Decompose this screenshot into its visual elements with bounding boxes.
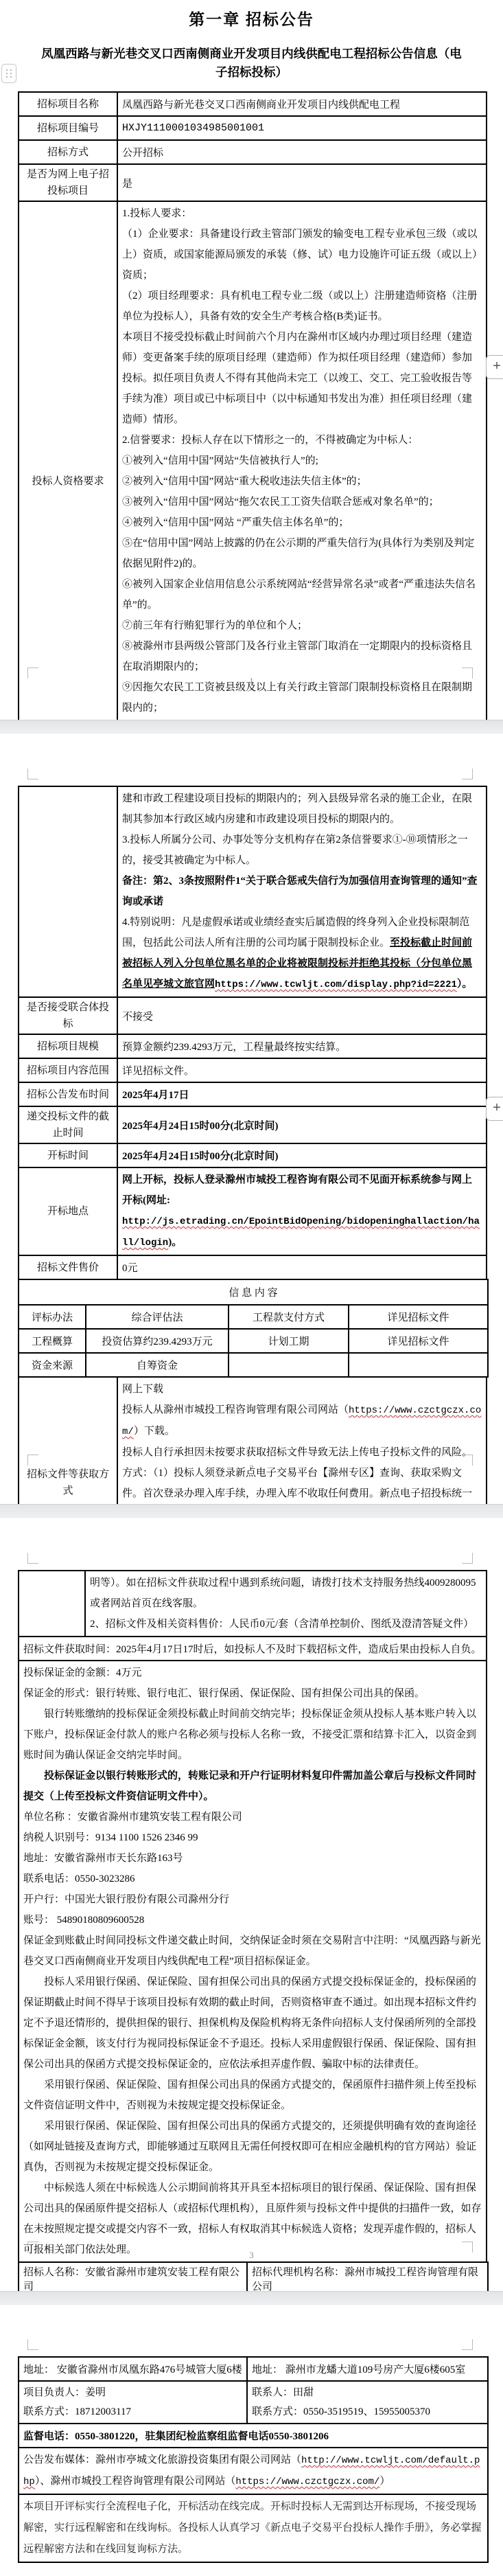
text-line: 账号： 54890180809600528 [23, 1910, 482, 1930]
obtain-cont-lines: 明等）。如在招标文件获取过程中遇到系统问题，请拨打技术支持服务热线4009280… [90, 1573, 482, 1634]
table-row: 开标时间 2025年4月24日15时00分(北京时间) [19, 1143, 487, 1167]
table-row: 是否接受联合体投标 不接受 [19, 997, 487, 1034]
names-row: 招标人名称：安徽省滁州市建筑安装工程有限公司 招标代理机构名称：滁州市城投工程咨… [19, 2262, 488, 2291]
text-line: ⑦前三年有行贿犯罪行为的单位和个人； [122, 615, 482, 636]
margin-mark-top-right [462, 768, 473, 779]
row-label: 是否接受联合体投标 [19, 997, 117, 1034]
text-line: ④被列入“信用中国”网站 “严重失信主体名单”的； [122, 512, 482, 533]
deposit-lines: 投标保证金的金额：4万元保证金的形式：银行转账、银行电汇、银行保函、保证保险、国… [23, 1663, 482, 1766]
margin-mark-top-left [27, 2339, 38, 2350]
remark-line: 备注：第2、3条按照附件1“关于联合惩戒失信行为加强信用查询管理的通知”查询或承… [122, 871, 482, 912]
text-line: 中标候选人须在中标候选人公示期间前将其开具至本招标项目的银行保函、保证保险、国有… [23, 2178, 482, 2260]
row-label: 招标文件售价 [19, 1255, 117, 1279]
qualification-lines: 1.投标人要求：（1）企业要求：具备建设行政主管部门颁发的输变电工程专业承包三级… [122, 203, 482, 718]
table-row: 招标项目名称 凤凰西路与新光巷交叉口西南侧商业开发项目内线供配电工程 [19, 92, 487, 116]
qualification-row: 投标人资格要求 1.投标人要求：（1）企业要求：具备建设行政主管部门颁发的输变电… [19, 201, 487, 720]
drag-dots-icon [6, 69, 8, 71]
tenderer-contact: 项目负责人：姜明联系方式：18712003117 [19, 2381, 247, 2424]
margin-mark-top-right [462, 1553, 473, 1564]
address-row: 地址： 安徽省滁州市凤凰东路476号城管大厦6楼 地址： 滁州市龙蟠大道109号… [19, 2357, 488, 2381]
grid-cell: 投资估算约239.4293万元 [86, 1329, 229, 1353]
table-row: 招标文件售价 0元 [19, 1255, 487, 1279]
page-2: 建和市政工程建设项目投标的期限内的；列入县级异常名录的施工企业，在限制其参加本行… [0, 733, 503, 1504]
text-line: 单位名称 ：安徽省滁州市建筑安装工程有限公司 [23, 1807, 482, 1827]
table-row: 是否为网上电子招投标项目 是 [19, 164, 487, 201]
text-line: 开户行：中国光大银行股份有限公司滁州分行 [23, 1889, 482, 1910]
obtain-row: 招标文件等获取方式 网上下载 投标人从滁州市城投工程咨询管理有限公司网站（htt… [19, 1377, 487, 1504]
row-value: 凤凰西路与新光巷交叉口西南侧商业开发项目内线供配电工程 [117, 92, 487, 116]
supervise-phone: 监督电话：0550-3801220，驻集团纪检监察组监督电话0550-38012… [19, 2424, 488, 2448]
text-line: 采用银行保函、保证保险、国有担保公司出具的保函方式提交的，保函原件扫描件须上传至… [23, 2075, 482, 2116]
page-3: 明等）。如在招标文件获取过程中遇到系统问题，请拨打技术支持服务热线4009280… [0, 1518, 503, 2291]
page-break [0, 2291, 503, 2305]
page-number: 3 [0, 2250, 503, 2261]
drag-handle[interactable] [1, 64, 16, 83]
page-number: 1 [0, 676, 503, 687]
info-header: 信 息 内 容 [19, 1279, 488, 1305]
grid-cell: 工程概算 [19, 1329, 86, 1353]
text-line: ③被列入“信用中国”网站“拖欠农民工工资失信联合惩戒对象名单”的； [122, 492, 482, 512]
grid-cell: 计划工期 [229, 1329, 349, 1353]
project-title: 凤凰西路与新光巷交叉口西南侧商业开发项目内线供配电工程招标公告信息（电子招标投标… [41, 45, 462, 82]
page-break [0, 720, 503, 733]
row-value: 2025年4月24日15时00分(北京时间) [117, 1143, 487, 1167]
row-value: 0元 [117, 1255, 487, 1279]
tenderer-name: 招标人名称：安徽省滁州市建筑安装工程有限公司 [19, 2262, 247, 2291]
text-line: 纳税人识别号：9134 1100 1526 2346 99 [23, 1827, 482, 1848]
grid-cell: 详见招标文件 [349, 1305, 488, 1329]
grid-cell: 工程款支付方式 [229, 1305, 349, 1329]
text-line: 明等）。如在招标文件获取过程中遇到系统问题，请拨打技术支持服务热线4009280… [90, 1573, 482, 1614]
text-line: 联系方式：18712003117 [23, 2402, 242, 2421]
text-line: 保证金到账截止时间同投标文件递交截止时间，交纳保证金时须在交易附言中注明：“凤凰… [23, 1930, 482, 1972]
margin-mark-top-left [27, 768, 38, 779]
text-line: 2、招标文件及相关资料售价：人民币0元/套（含清单控制价、图纸及澄清答疑文件） [90, 1614, 482, 1634]
text-line: 投标保证金的金额：4万元 [23, 1663, 482, 1683]
url-text: https://www.czctgczx.com/ [235, 2476, 379, 2487]
obtain-table: 招标文件等获取方式 网上下载 投标人从滁州市城投工程咨询管理有限公司网站（htt… [18, 1376, 487, 1504]
row-label: 招标项目名称 [19, 92, 117, 116]
deposit-row: 投标保证金的金额：4万元保证金的形式：银行转账、银行电汇、银行保函、保证保险、国… [19, 1661, 487, 2262]
add-block-button[interactable]: + [486, 355, 503, 379]
grid-row: 工程概算 投资估算约239.4293万元 计划工期 详见招标文件 [19, 1329, 488, 1353]
obtain-cont-row: 明等）。如在招标文件获取过程中遇到系统问题，请拨打技术支持服务热线4009280… [19, 1571, 487, 1637]
row-label: 招标项目编号 [19, 116, 117, 140]
get-time-cell: 招标文件获取时间：2025年4月17日17时后，如投标人不及时下载招标文件，造成… [19, 1637, 487, 1661]
page-break [0, 1504, 503, 1518]
row-label: 投标人资格要求 [19, 201, 117, 720]
page-number: 2 [0, 1463, 503, 1474]
get-time-row: 招标文件获取时间：2025年4月17日17时后，如投标人不及时下载招标文件，造成… [19, 1637, 487, 1661]
info-header-row: 信 息 内 容 [19, 1279, 488, 1305]
text-line: 联系人：田甜 [252, 2383, 483, 2402]
text-line: 建和市政工程建设项目投标的期限内的；列入县级异常名录的施工企业，在限制其参加本行… [122, 788, 482, 830]
tender-info-table-page4: 地址： 安徽省滁州市凤凰东路476号城管大厦6楼 地址： 滁州市龙蟠大道109号… [18, 2356, 489, 2563]
text-line: ⑤在“信用中国”网站上披露的仍在公示期的严重失信行为(具体行为类别及判定依据见附… [122, 533, 482, 574]
text-line: 联系方式：0550-3519519、15955005370 [252, 2402, 483, 2421]
names-table: 招标人名称：安徽省滁州市建筑安装工程有限公司 招标代理机构名称：滁州市城投工程咨… [18, 2261, 489, 2291]
deposit-cell: 投标保证金的金额：4万元保证金的形式：银行转账、银行电汇、银行保函、保证保险、国… [19, 1661, 487, 2262]
qualification-cell: 1.投标人要求：（1）企业要求：具备建设行政主管部门颁发的输变电工程专业承包三级… [117, 201, 487, 720]
e-bidding-note: 本项目开评标实行全流程电子化，开标活动在线完成。开标时投标人无需到达开标现场，不… [19, 2494, 488, 2562]
url-text: https://www.tcwljt.com/display.php?id=22… [215, 979, 457, 990]
grid-cell: 自筹资金 [86, 1353, 229, 1377]
row-value: 预算金额约239.4293万元，工程量最终按实结算。 [117, 1034, 487, 1058]
text-line: 本项目不接受投标截止时间前六个月内在滁州市区域内办理过项目经理（建造师）变更备案… [122, 327, 482, 430]
row-label: 招标文件等获取方式 [19, 1377, 117, 1504]
open-place-cell: 网上开标，投标人登录滁州市城投工程咨询有限公司不见面开标系统参与网上开标(网址:… [117, 1167, 487, 1255]
tenderer-address: 地址： 安徽省滁州市凤凰东路476号城管大厦6楼 [19, 2357, 247, 2381]
obtain-cont-cell: 明等）。如在招标文件获取过程中遇到系统问题，请拨打技术支持服务热线4009280… [85, 1571, 487, 1637]
text-line: 银行转账缴纳的投标保证金须投标截止时间前交纳完毕；投标保证金须从投标人基本账户转… [23, 1704, 482, 1766]
chapter-title: 第一章 招标公告 [0, 0, 503, 30]
supervise-row: 监督电话：0550-3801220，驻集团纪检监察组监督电话0550-38012… [19, 2424, 488, 2448]
row-label [19, 1571, 85, 1637]
text-line: 地址：安徽省滁州市天长东路163号 [23, 1848, 482, 1869]
text-line: 联系电话：0550-3023286 [23, 1869, 482, 1889]
text-line: 保证金的形式：银行转账、银行电汇、银行保函、保证保险、国有担保公司出具的保函。 [23, 1683, 482, 1704]
grid-row: 资金来源 自筹资金 [19, 1353, 488, 1377]
text-line: ⑩被列入省级、市级农民工工资支付异常名录的施工企业，在限制其参加全市范围内房 [122, 718, 482, 720]
e-bidding-note-row: 本项目开评标实行全流程电子化，开标活动在线完成。开标时投标人无需到达开标现场，不… [19, 2494, 488, 2562]
row-value: 2025年4月17日 [117, 1082, 487, 1106]
grid-cell: 详见招标文件 [349, 1329, 488, 1353]
text-line: （2）项目经理要求：具有机电工程专业二级（或以上）注册建造师资格（注册单位为投标… [122, 286, 482, 327]
grid-cell [229, 1353, 349, 1377]
table-row: 递交投标文件的截止时间 2025年4月24日15时00分(北京时间) [19, 1106, 487, 1143]
row-label: 招标项目规模 [19, 1034, 117, 1058]
row-label: 开标地点 [19, 1167, 117, 1255]
text-line: ①被列入“信用中国”网站“失信被执行人”的; [122, 451, 482, 471]
grid-cell: 资金来源 [19, 1353, 86, 1377]
row-value: 详见招标文件。 [117, 1058, 487, 1082]
obtain-cell: 网上下载 投标人从滁州市城投工程咨询管理有限公司网站（https://www.c… [117, 1377, 487, 1504]
row-value: 不接受 [117, 997, 487, 1034]
table-row: 招标项目规模 预算金额约239.4293万元，工程量最终按实结算。 [19, 1034, 487, 1058]
text-line: ⑥被列入国家企业信用信息公示系统网站“经营异常名录”或者“严重违法失信名单”的。 [122, 574, 482, 615]
row-label: 招标公告发布时间 [19, 1082, 117, 1106]
grid-cell: 评标办法 [19, 1305, 86, 1329]
text-line: 1.投标人要求： [122, 203, 482, 224]
open-place-row: 开标地点 网上开标，投标人登录滁州市城投工程咨询有限公司不见面开标系统参与网上开… [19, 1167, 487, 1255]
row-label: 招标方式 [19, 140, 117, 164]
page-1: 第一章 招标公告 凤凰西路与新光巷交叉口西南侧商业开发项目内线供配电工程招标公告… [0, 0, 503, 720]
text-line: 采用银行保函、保证保险、国有担保公司出具的保函方式提交的，还须提供明确有效的查询… [23, 2116, 482, 2178]
text-line: 3.投标人所属分公司、办事处等分支机构存在第2条信誉要求①-⑩项情形之一的，接受… [122, 830, 482, 871]
tender-info-table-page1: 招标项目名称 凤凰西路与新光巷交叉口西南侧商业开发项目内线供配电工程 招标项目编… [18, 91, 487, 720]
row-label [19, 786, 117, 997]
qualification-cont-cell: 建和市政工程建设项目投标的期限内的；列入县级异常名录的施工企业，在限制其参加本行… [117, 786, 487, 997]
row-value: 2025年4月24日15时00分(北京时间) [117, 1106, 487, 1143]
deposit-lines: 单位名称 ：安徽省滁州市建筑安装工程有限公司纳税人识别号：9134 1100 1… [23, 1807, 482, 2260]
text-line: 2.信誉要求：投标人存在以下情形之一的，不得被确定为中标人： [122, 430, 482, 451]
row-value: HXJY1110001034985001001 [117, 116, 487, 140]
deposit-bold-line: 投标保证金以银行转账形式的，转账记录和开户行证明材料复印件需加盖公章后与投标文件… [23, 1766, 482, 1807]
text-line: 投标人采用银行保函、保证保险、国有担保公司出具的保函方式提交投标保证金的，投标保… [23, 1972, 482, 2075]
agency-name: 招标代理机构名称：滁州市城投工程咨询管理有限公司 [247, 2262, 488, 2291]
grid-cell [349, 1353, 488, 1377]
special-note-line: 4.特别说明：凡是虚假承诺或业绩经查实后属造假的终身列入企业投标限制范围，包括此… [122, 912, 482, 995]
info-content-table: 信 息 内 容 评标办法 综合评估法 工程款支付方式 详见招标文件 工程概算 投… [18, 1279, 489, 1378]
grid-row: 评标办法 综合评估法 工程款支付方式 详见招标文件 [19, 1305, 488, 1329]
row-label: 递交投标文件的截止时间 [19, 1106, 117, 1143]
margin-mark-top-left [27, 1553, 38, 1564]
table-row: 招标项目编号 HXJY1110001034985001001 [19, 116, 487, 140]
table-row: 招标公告发布时间 2025年4月17日 [19, 1082, 487, 1106]
text-line: 项目负责人：姜明 [23, 2383, 242, 2402]
contact-row: 项目负责人：姜明联系方式：18712003117 联系人：田甜联系方式：0550… [19, 2381, 488, 2424]
media-row: 公告发布媒体：滁州市亭城文化旅游投资集团有限公司网站（http://www.tc… [19, 2448, 488, 2494]
row-value: 公开招标 [117, 140, 487, 164]
tender-info-table-page3: 明等）。如在招标文件获取过程中遇到系统问题，请拨打技术支持服务热线4009280… [18, 1570, 487, 2263]
agency-contact: 联系人：田甜联系方式：0550-3519519、15955005370 [247, 2381, 488, 2424]
text-line: ⑧被滁州市县两级公管部门及各行业主管部门取消在一定期限内的投标资格且在取消期限内… [122, 636, 482, 677]
text-line: （1）企业要求：具备建设行政主管部门颁发的输变电工程专业承包三级（或以上）资质，… [122, 224, 482, 286]
table-row: 招标方式 公开招标 [19, 140, 487, 164]
row-label: 开标时间 [19, 1143, 117, 1167]
add-block-button[interactable]: + [486, 1097, 503, 1121]
qualification-cont-row: 建和市政工程建设项目投标的期限内的；列入县级异常名录的施工企业，在限制其参加本行… [19, 786, 487, 997]
margin-mark-top-right [462, 2339, 473, 2350]
announcement-media: 公告发布媒体：滁州市亭城文化旅游投资集团有限公司网站（http://www.tc… [19, 2448, 488, 2494]
agency-address: 地址： 滁州市龙蟠大道109号房产大厦6楼605室 [247, 2357, 488, 2381]
row-label: 招标项目内容范围 [19, 1058, 117, 1082]
table-row: 招标项目内容范围 详见招标文件。 [19, 1058, 487, 1082]
grid-cell: 综合评估法 [86, 1305, 229, 1329]
row-label: 是否为网上电子招投标项目 [19, 164, 117, 201]
tender-info-table-page2: 建和市政工程建设项目投标的期限内的；列入县级异常名录的施工企业，在限制其参加本行… [18, 786, 487, 1280]
qualification-cont-lines: 建和市政工程建设项目投标的期限内的；列入县级异常名录的施工企业，在限制其参加本行… [122, 788, 482, 871]
page-4: 地址： 安徽省滁州市凤凰东路476号城管大厦6楼 地址： 滁州市龙蟠大道109号… [0, 2305, 503, 2576]
text-line: ②被列入“信用中国”网站“重大税收违法失信主体”的； [122, 471, 482, 492]
row-value: 是 [117, 164, 487, 201]
document-canvas: 第一章 招标公告 凤凰西路与新光巷交叉口西南侧商业开发项目内线供配电工程招标公告… [0, 0, 503, 2576]
